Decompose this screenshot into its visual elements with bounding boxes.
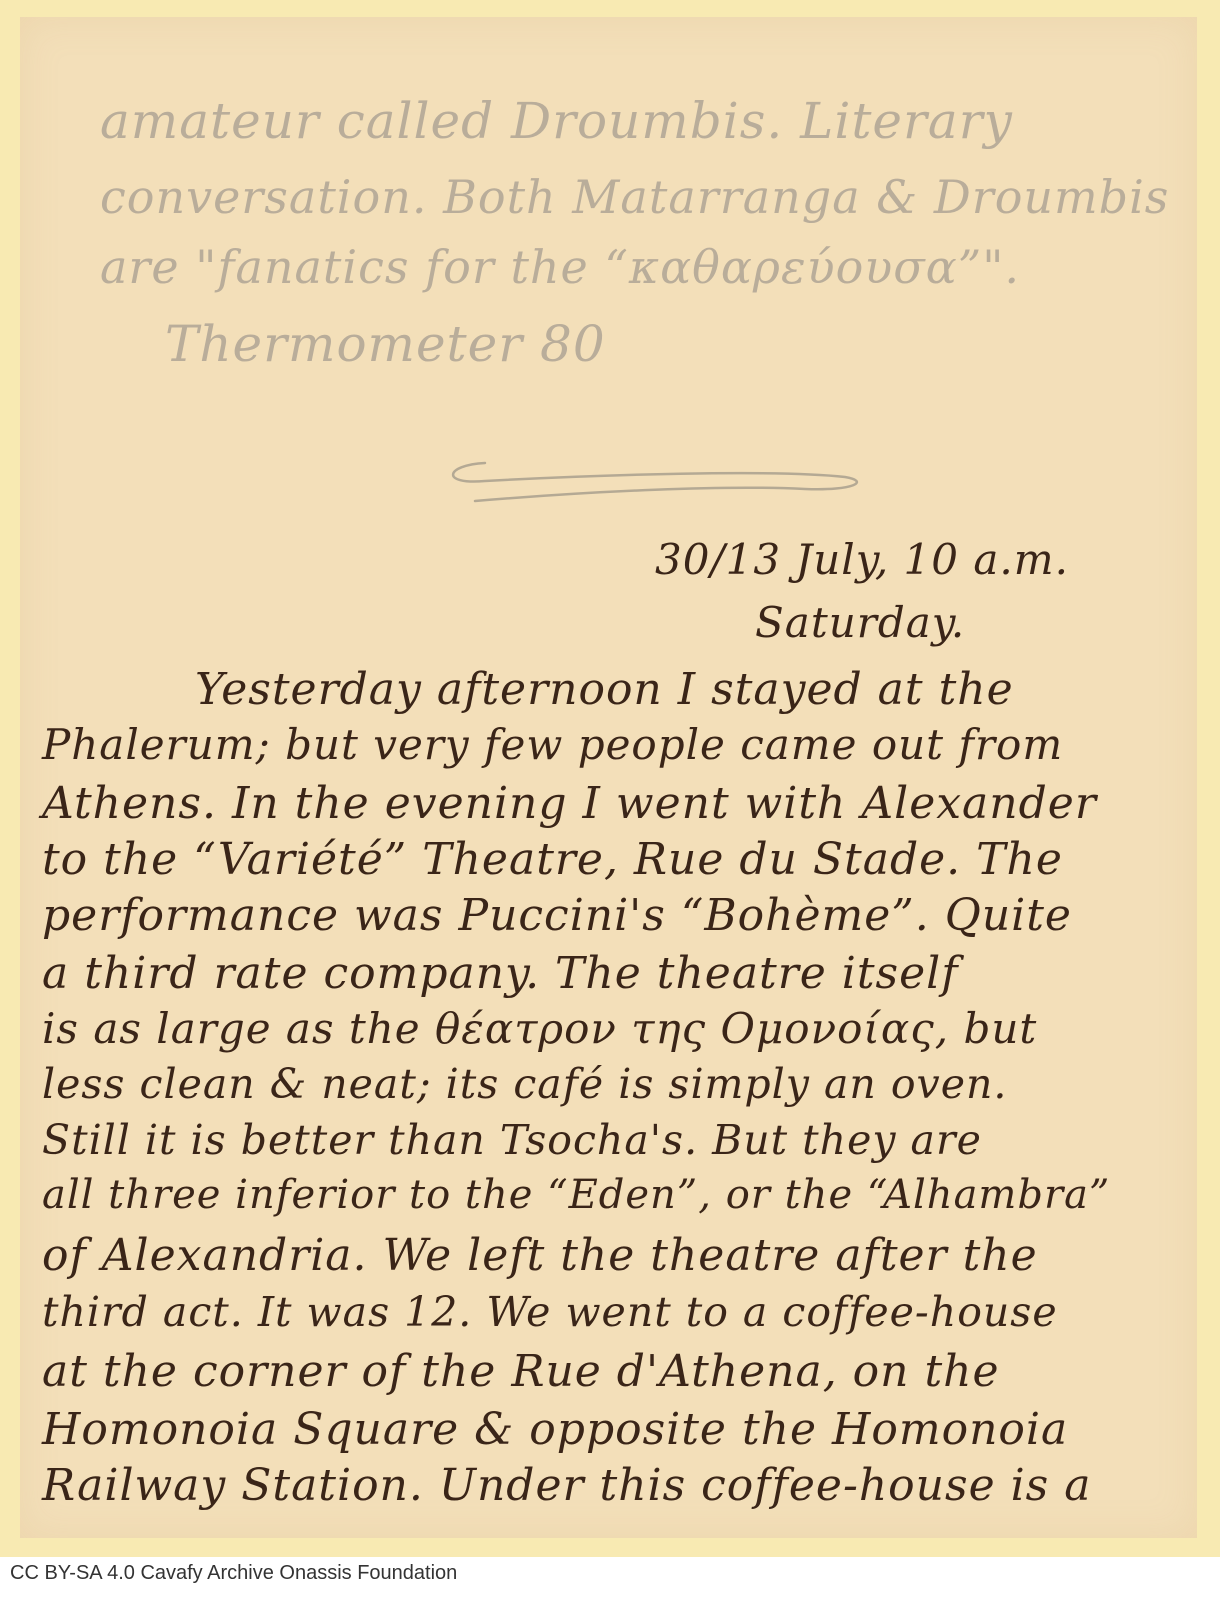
body-line-15: Railway Station. Under this coffee-house… xyxy=(42,1460,1091,1511)
pencil-line-4: Thermometer 80 xyxy=(165,315,606,373)
license-caption: CC BY-SA 4.0 Cavafy Archive Onassis Foun… xyxy=(10,1562,457,1585)
body-line-7: is as large as the θέατρον της Ομονοίας,… xyxy=(42,1004,1037,1053)
pencil-line-1: amateur called Droumbis. Literary xyxy=(100,92,1013,150)
body-line-13: at the corner of the Rue d'Athena, on th… xyxy=(42,1346,1000,1397)
body-line-9: Still it is better than Tsocha's. But th… xyxy=(42,1116,982,1164)
body-line-6: a third rate company. The theatre itself xyxy=(42,948,959,999)
body-line-11: of Alexandria. We left the theatre after… xyxy=(42,1230,1038,1281)
body-line-5: performance was Puccini's “Bohème”. Quit… xyxy=(42,890,1072,941)
date-line: 30/13 July, 10 a.m. xyxy=(655,535,1069,584)
pencil-line-2: conversation. Both Matarranga & Droumbis xyxy=(100,170,1169,224)
body-line-4: to the “Variété” Theatre, Rue du Stade. … xyxy=(42,834,1063,885)
pencil-flourish-divider xyxy=(445,455,865,503)
body-line-12: third act. It was 12. We went to a coffe… xyxy=(42,1288,1058,1336)
body-line-3: Athens. In the evening I went with Alexa… xyxy=(42,778,1097,829)
body-line-1: Yesterday afternoon I stayed at the xyxy=(195,664,1014,715)
body-line-8: less clean & neat; its café is simply an… xyxy=(42,1060,1007,1108)
body-line-14: Homonoia Square & opposite the Homonoia xyxy=(42,1404,1068,1455)
day-line: Saturday. xyxy=(755,598,965,647)
body-line-10: all three inferior to the “Eden”, or the… xyxy=(42,1172,1110,1218)
pencil-line-3: are "fanatics for the “καθαρεύουσα”". xyxy=(100,240,1020,294)
body-line-2: Phalerum; but very few people came out f… xyxy=(42,720,1063,769)
